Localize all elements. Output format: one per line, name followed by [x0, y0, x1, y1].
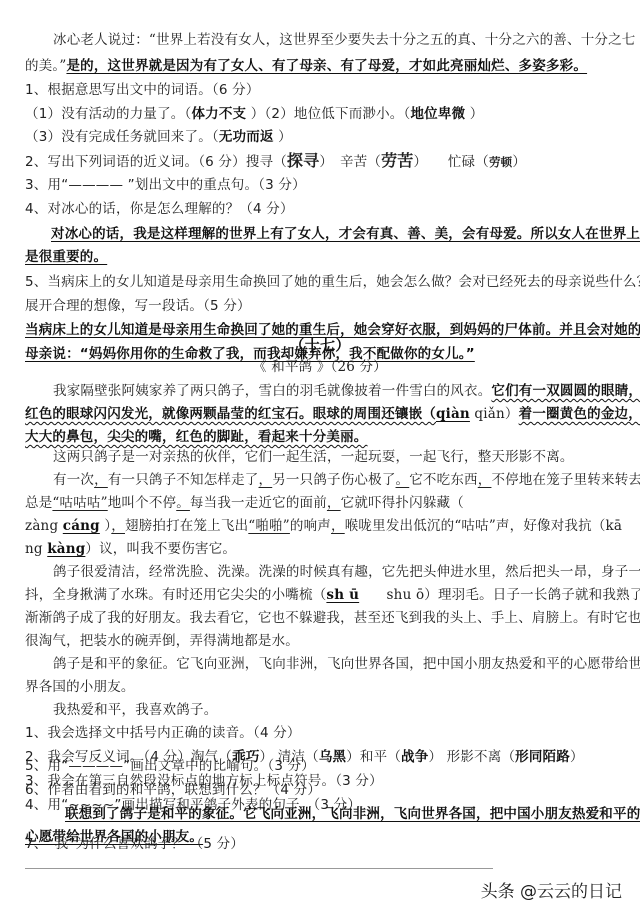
- answer-text: 联想到了鸽子是和平的象征。它飞向亚洲，飞向非洲，飞向世界各国，把中国小朋友热爱和…: [65, 806, 640, 822]
- watermark: 头条 @云云的日记: [481, 877, 622, 902]
- s17-q7: 7、“我”为什么喜欢鸽子？ （5 分）: [25, 834, 625, 854]
- s17-q6-answer-line-1: 联想到了鸽子是和平的象征。它飞向亚洲，飞向非洲，飞向世界各国，把中国小朋友热爱和…: [25, 804, 625, 824]
- footer-divider: [25, 868, 493, 869]
- s17-q6-prompt: 6、作者由看到的和平鸽，联想到什么？（4 分）: [25, 780, 625, 800]
- s17-q5-to-q7: 5、用“————”画出文章中的比喻句。（3 分） 6、作者由看到的和平鸽，联想到…: [0, 0, 640, 905]
- s17-q5: 5、用“————”画出文章中的比喻句。（3 分）: [25, 756, 625, 776]
